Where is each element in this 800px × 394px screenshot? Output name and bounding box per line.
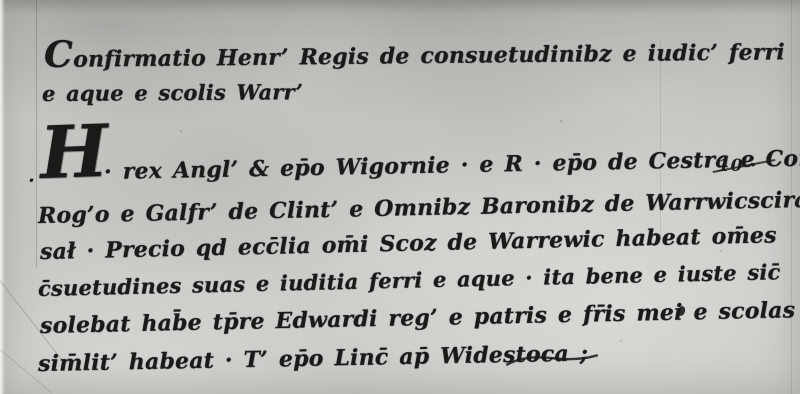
- marginal-note: · 10 ·: [704, 156, 757, 176]
- decorated-initial-h: H: [39, 115, 110, 189]
- closing-flourish: [505, 350, 601, 369]
- manuscript-photo: Confirmatio Henr’ Regis de consuetudinib…: [0, 0, 800, 394]
- heading-line-1: Confirmatio Henr’ Regis de consuetudinib…: [44, 26, 785, 75]
- initial-punctus-mark: ·: [28, 168, 35, 192]
- body-line-4: c̄suetudines suas e iuditia ferri e aque…: [38, 260, 781, 301]
- left-fold-crease: [36, 0, 37, 268]
- heading-line-2: e aque e scolis Warr’: [42, 80, 303, 106]
- body-line-1: · rex Angl’ & ep̄o Wigornie · e R · ep̄o…: [104, 146, 800, 185]
- parchment-specks: [0, 0, 2, 2]
- body-line-3: sał · Precio qd ecc̄lia om̄i Scoz de War…: [40, 223, 777, 265]
- left-edge-highlight: [0, 0, 5, 394]
- body-line-5: solebat hab̄e tp̄re Edwardi reg’ e patri…: [40, 298, 796, 339]
- body-line-2: Rog’o e Galfr’ de Clint’ e Omnibz Baroni…: [38, 188, 800, 229]
